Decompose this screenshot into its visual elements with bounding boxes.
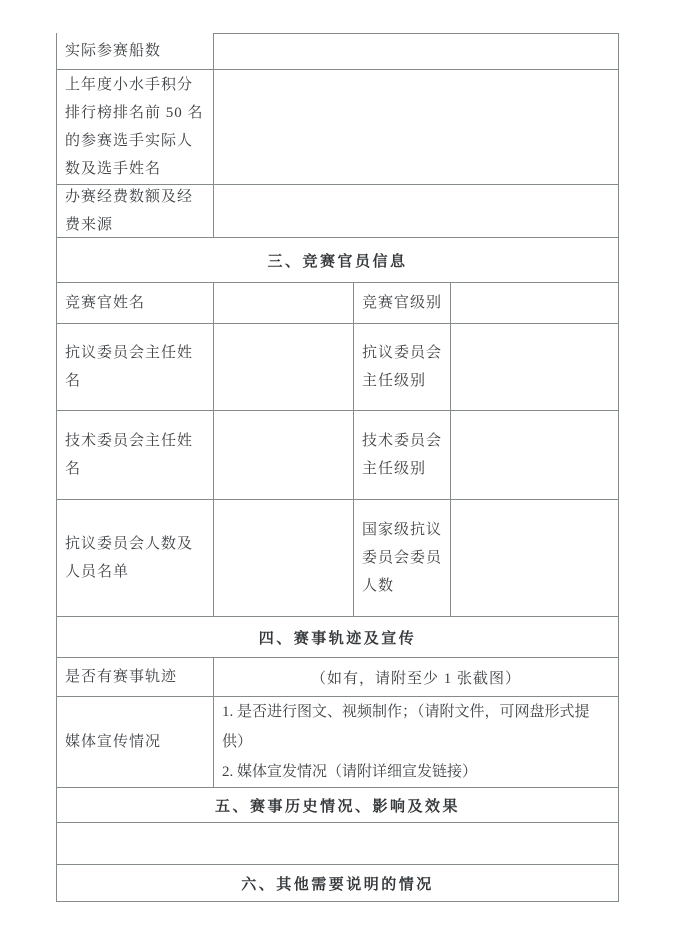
row-race-officer: 竞赛官姓名 竞赛官级别	[57, 283, 620, 324]
national-protest-members-label: 国家级抗议 委员会委员 人数	[354, 500, 451, 617]
section-header-officials: 三、竞赛官员信息	[57, 238, 620, 283]
row-top50-sailors: 上年度小水手积分 排行榜排名前 50 名 的参赛选手实际人 数及选手姓名	[57, 70, 620, 185]
protest-members-label: 抗议委员会人数及 人员名单	[57, 500, 214, 617]
technical-chair-level-label: 技术委员会 主任级别	[354, 411, 451, 500]
protest-members-value-cell	[214, 500, 354, 617]
actual-boat-count-value-cell	[214, 33, 619, 70]
section-header-track-publicity: 四、赛事轨迹及宣传	[57, 617, 620, 658]
funding-value-cell	[214, 185, 619, 238]
history-content-cell	[57, 823, 619, 865]
section-history-title: 五、赛事历史情况、影响及效果	[57, 788, 619, 823]
race-report-form-table: 实际参赛船数 上年度小水手积分 排行榜排名前 50 名 的参赛选手实际人 数及选…	[56, 33, 620, 902]
row-race-track: 是否有赛事轨迹 （如有，请附至少 1 张截图）	[57, 658, 620, 697]
section-header-history: 五、赛事历史情况、影响及效果	[57, 788, 620, 823]
row-history-content	[57, 823, 620, 865]
row-technical-committee-chair: 技术委员会主任姓 名 技术委员会 主任级别	[57, 411, 620, 500]
race-officer-level-label: 竞赛官级别	[354, 283, 451, 324]
section-officials-title: 三、竞赛官员信息	[57, 238, 619, 283]
protest-chair-level-label: 抗议委员会 主任级别	[354, 324, 451, 411]
row-media-publicity: 媒体宣传情况 1. 是否进行图文、视频制作；（请附文件，可网盘形式提 供） 2.…	[57, 697, 620, 788]
race-track-note: （如有，请附至少 1 张截图）	[214, 658, 619, 697]
media-publicity-instructions: 1. 是否进行图文、视频制作；（请附文件，可网盘形式提 供） 2. 媒体宣发情况…	[214, 697, 619, 788]
top50-sailors-value-cell	[214, 70, 619, 185]
race-officer-name-label: 竞赛官姓名	[57, 283, 214, 324]
top50-sailors-label: 上年度小水手积分 排行榜排名前 50 名 的参赛选手实际人 数及选手姓名	[57, 70, 214, 185]
row-actual-boat-count: 实际参赛船数	[57, 33, 620, 70]
national-protest-members-value-cell	[451, 500, 619, 617]
row-protest-committee-members: 抗议委员会人数及 人员名单 国家级抗议 委员会委员 人数	[57, 500, 620, 617]
actual-boat-count-label: 实际参赛船数	[57, 33, 214, 70]
technical-chair-name-label: 技术委员会主任姓 名	[57, 411, 214, 500]
section-header-other: 六、其他需要说明的情况	[57, 865, 620, 902]
section-track-title: 四、赛事轨迹及宣传	[57, 617, 619, 658]
race-officer-name-value-cell	[214, 283, 354, 324]
technical-chair-name-value-cell	[214, 411, 354, 500]
scanned-form-page: 实际参赛船数 上年度小水手积分 排行榜排名前 50 名 的参赛选手实际人 数及选…	[0, 0, 695, 945]
protest-chair-name-label: 抗议委员会主任姓 名	[57, 324, 214, 411]
protest-chair-name-value-cell	[214, 324, 354, 411]
media-publicity-label: 媒体宣传情况	[57, 697, 214, 788]
technical-chair-level-value-cell	[451, 411, 619, 500]
race-officer-level-value-cell	[451, 283, 619, 324]
protest-chair-level-value-cell	[451, 324, 619, 411]
section-other-title: 六、其他需要说明的情况	[57, 865, 619, 902]
funding-label: 办赛经费数额及经 费来源	[57, 185, 214, 238]
race-track-label: 是否有赛事轨迹	[57, 658, 214, 697]
row-protest-committee-chair: 抗议委员会主任姓 名 抗议委员会 主任级别	[57, 324, 620, 411]
row-funding: 办赛经费数额及经 费来源	[57, 185, 620, 238]
